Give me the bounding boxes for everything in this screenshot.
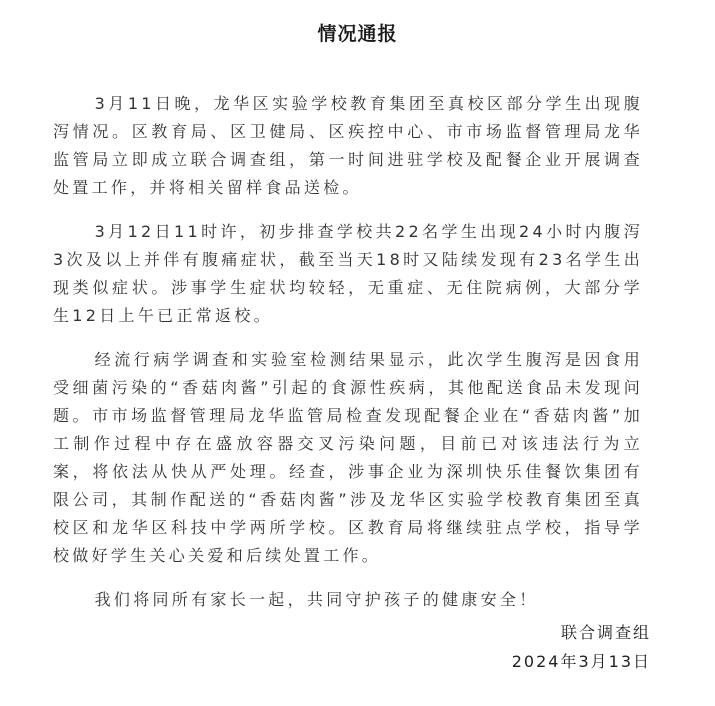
paragraph-investigation: 3月12日11时许，初步排查学校共22名学生出现24小时内腹泻3次及以上并伴有腹… bbox=[53, 218, 643, 330]
document-body: 3月11日晚，龙华区实验学校教育集团至真校区部分学生出现腹泻情况。区教育局、区卫… bbox=[53, 90, 643, 630]
signature-organization: 联合调查组 bbox=[561, 620, 651, 643]
paragraph-findings: 经流行病学调查和实验室检测结果显示，此次学生腹泻是因食用受细菌污染的“香菇肉酱”… bbox=[53, 346, 643, 570]
document-title: 情况通报 bbox=[0, 19, 715, 46]
signature-date: 2024年3月13日 bbox=[512, 649, 651, 672]
paragraph-incident: 3月11日晚，龙华区实验学校教育集团至真校区部分学生出现腹泻情况。区教育局、区卫… bbox=[53, 90, 643, 202]
paragraph-closing: 我们将同所有家长一起，共同守护孩子的健康安全！ bbox=[53, 586, 643, 614]
